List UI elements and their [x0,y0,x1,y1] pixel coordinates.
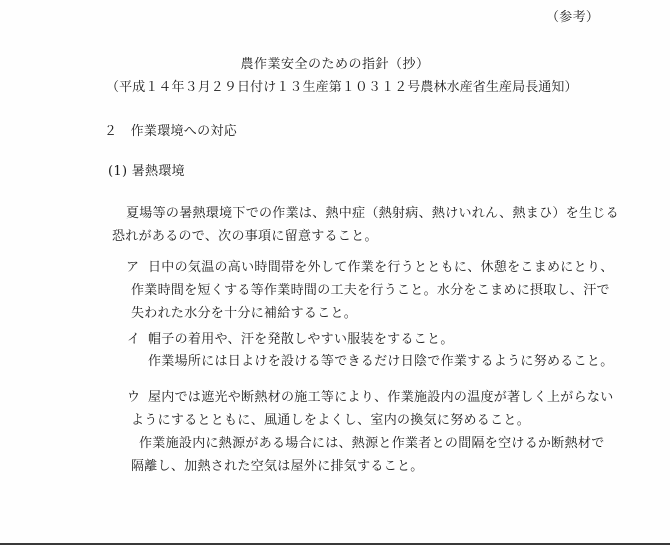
item-label-i: イ [127,332,140,348]
document-title: 農作業安全のための指針（抄） [0,57,670,73]
item-a-line: 失われた水分を十分に補給すること。 [131,306,357,322]
item-u-line: 隔離し、加熱された空気は屋外に排気すること。 [131,459,424,475]
item-u-line: 屋内では遮光や断熱材の施工等により、作業施設内の温度が著しく上がらない [148,390,614,406]
section-heading: ２ 作業環境への対応 [104,124,237,140]
item-u-line: ようにするとともに、風通しをよくし、室内の換気に努めること。 [131,413,530,429]
document-subtitle: （平成１４年３月２９日付け１３生産第１０３１２号農林水産省生産局長通知） [106,80,578,96]
item-label-u: ウ [127,390,140,406]
item-u-line: 作業施設内に熱源がある場合には、熱源と作業者との間隔を空けるか断熱材で [139,436,605,452]
item-label-a: ア [126,260,139,276]
item-i-line: 作業場所には日よけを設ける等できるだけ日陰で作業するように努めること。 [148,354,614,370]
document-page: （参考） 農作業安全のための指針（抄） （平成１４年３月２９日付け１３生産第１０… [0,0,670,543]
intro-line: 夏場等の暑熱環境下での作業は、熱中症（熱射病、熱けいれん、熱まひ）を生じる [126,206,619,222]
intro-line: 恐れがあるので、次の事項に留意すること。 [112,229,378,245]
item-a-line: 作業時間を短くする等作業時間の工夫を行うこと。水分をこまめに摂取し、汗で [131,283,610,299]
reference-tag: （参考） [546,10,599,26]
item-a-line: 日中の気温の高い時間帯を外して作業を行うとともに、休憩をこまめにとり、 [148,260,614,276]
item-i-line: 帽子の着用や、汗を発散しやすい服装をすること。 [148,332,454,348]
subsection-heading: (1) 暑熱環境 [108,164,185,180]
